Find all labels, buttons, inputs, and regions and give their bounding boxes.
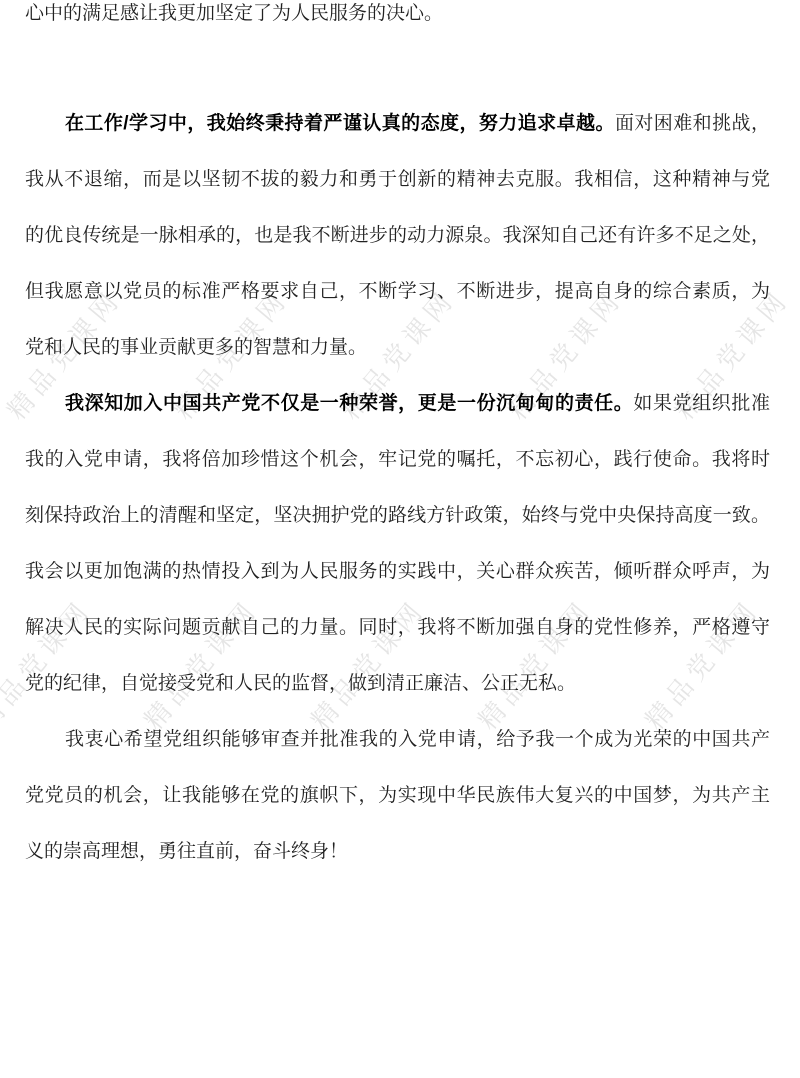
document-text-body: 心中的满足感让我更加坚定了为人民服务的决心。在工作/学习中，我始终秉持着严谨认真… bbox=[0, 0, 800, 1078]
text-line: 在工作/学习中，我始终秉持着严谨认真的态度，努力追求卓越。面对困难和挑战， bbox=[25, 110, 770, 138]
text-line: 我衷心希望党组织能够审查并批准我的入党申请，给予我一个成为光荣的中国共产 bbox=[25, 726, 770, 754]
text-segment: 如果党组织批准 bbox=[633, 393, 770, 414]
text-segment: 党和人民的事业贡献更多的智慧和力量。 bbox=[25, 337, 367, 358]
text-line: 我深知加入中国共产党不仅是一种荣誉，更是一份沉甸甸的责任。如果党组织批准 bbox=[25, 390, 770, 418]
text-segment: 刻保持政治上的清醒和坚定，坚决拥护党的路线方针政策，始终与党中央保持高度一致。 bbox=[25, 505, 770, 526]
document-page: 精品党课网精品党课网精品党课网精品党课网精品党课网精品党课网精品党课网精品党课网… bbox=[0, 0, 800, 1078]
text-line: 我从不退缩，而是以坚韧不拔的毅力和勇于创新的精神去克服。我相信，这种精神与党 bbox=[25, 166, 770, 194]
text-line: 心中的满足感让我更加坚定了为人民服务的决心。 bbox=[25, 0, 770, 28]
text-line: 的优良传统是一脉相承的，也是我不断进步的动力源泉。我深知自己还有许多不足之处， bbox=[25, 222, 770, 250]
text-line: 我会以更加饱满的热情投入到为人民服务的实践中，关心群众疾苦，倾听群众呼声，为 bbox=[25, 558, 770, 586]
text-segment: 义的崇高理想，勇往直前，奋斗终身！ bbox=[25, 841, 348, 862]
text-segment: 党的纪律，自觉接受党和人民的监督，做到清正廉洁、公正无私。 bbox=[25, 673, 576, 694]
text-line: 义的崇高理想，勇往直前，奋斗终身！ bbox=[25, 838, 770, 866]
text-segment: 我的入党申请，我将倍加珍惜这个机会，牢记党的嘱托，不忘初心，践行使命。我将时 bbox=[25, 449, 770, 470]
text-segment: 但我愿意以党员的标准严格要求自己，不断学习、不断进步，提高自身的综合素质，为 bbox=[25, 281, 770, 302]
text-line: 但我愿意以党员的标准严格要求自己，不断学习、不断进步，提高自身的综合素质，为 bbox=[25, 278, 770, 306]
text-line: 党的纪律，自觉接受党和人民的监督，做到清正廉洁、公正无私。 bbox=[25, 670, 770, 698]
text-segment: 的优良传统是一脉相承的，也是我不断进步的动力源泉。我深知自己还有许多不足之处， bbox=[25, 225, 770, 246]
text-line: 我的入党申请，我将倍加珍惜这个机会，牢记党的嘱托，不忘初心，践行使命。我将时 bbox=[25, 446, 770, 474]
text-segment: 心中的满足感让我更加坚定了为人民服务的决心。 bbox=[25, 3, 443, 24]
text-line: 刻保持政治上的清醒和坚定，坚决拥护党的路线方针政策，始终与党中央保持高度一致。 bbox=[25, 502, 770, 530]
text-line: 党党员的机会，让我能够在党的旗帜下，为实现中华民族伟大复兴的中国梦，为共产主 bbox=[25, 782, 770, 810]
text-segment: 我从不退缩，而是以坚韧不拔的毅力和勇于创新的精神去克服。我相信，这种精神与党 bbox=[25, 169, 770, 190]
text-segment: 解决人民的实际问题贡献自己的力量。同时，我将不断加强自身的党性修养，严格遵守 bbox=[25, 617, 770, 638]
bold-text-segment: 在工作/学习中，我始终秉持着严谨认真的态度，努力追求卓越。 bbox=[65, 113, 615, 134]
text-segment: 党党员的机会，让我能够在党的旗帜下，为实现中华民族伟大复兴的中国梦，为共产主 bbox=[25, 785, 770, 806]
bold-text-segment: 我深知加入中国共产党不仅是一种荣誉，更是一份沉甸甸的责任。 bbox=[65, 393, 633, 414]
text-segment: 我会以更加饱满的热情投入到为人民服务的实践中，关心群众疾苦，倾听群众呼声，为 bbox=[25, 561, 770, 582]
text-line: 党和人民的事业贡献更多的智慧和力量。 bbox=[25, 334, 770, 362]
text-line: 解决人民的实际问题贡献自己的力量。同时，我将不断加强自身的党性修养，严格遵守 bbox=[25, 614, 770, 642]
text-segment: 我衷心希望党组织能够审查并批准我的入党申请，给予我一个成为光荣的中国共产 bbox=[65, 729, 770, 750]
text-segment: 面对困难和挑战， bbox=[615, 113, 770, 134]
